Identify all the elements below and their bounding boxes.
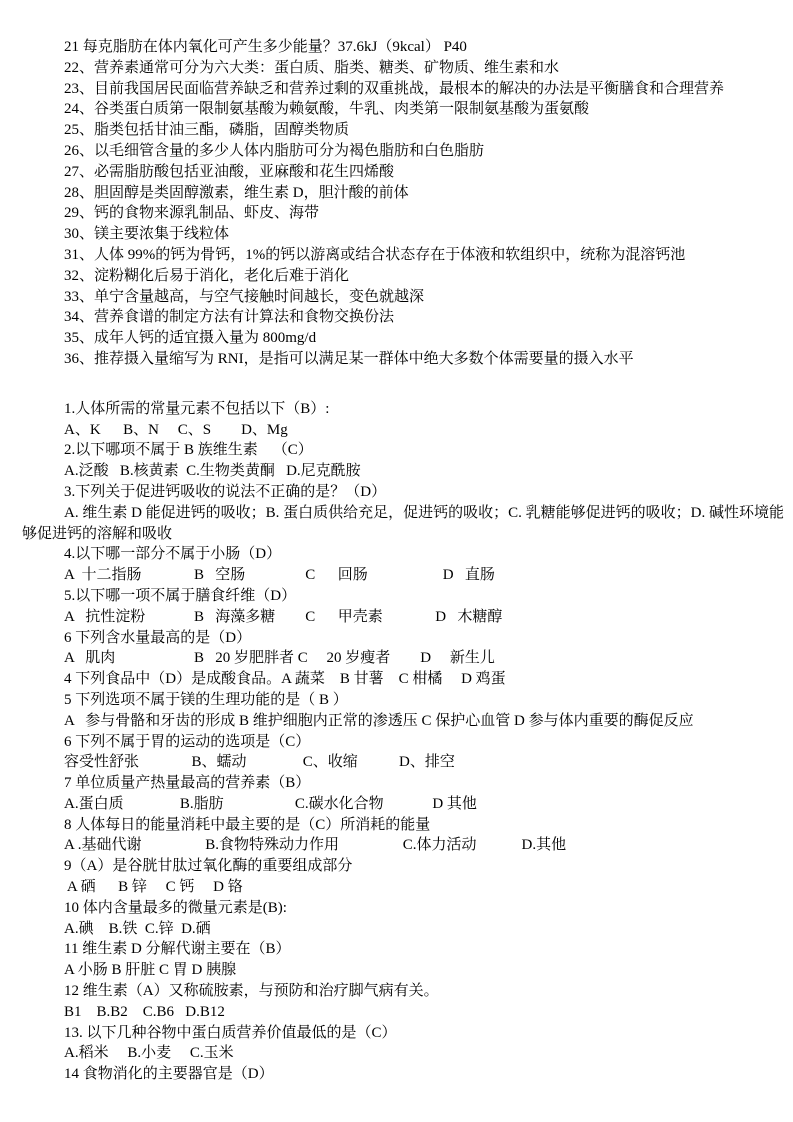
text-line: A.泛酸 B.核黄素 C.生物类黄酮 D.尼克酰胺 bbox=[22, 461, 779, 482]
text-line: 6 下列不属于胃的运动的选项是（C） bbox=[22, 732, 779, 753]
text-line: A 小肠 B 肝脏 C 胃 D 胰腺 bbox=[22, 960, 779, 981]
text-line: 35、成年人钙的适宜摄入量为 800mg/d bbox=[22, 328, 779, 349]
text-line: 25、脂类包括甘油三酯，磷脂，固醇类物质 bbox=[22, 120, 779, 141]
text-line: 10 体内含量最多的微量元素是(B): bbox=[22, 898, 779, 919]
text-line: A 硒 B 锌 C 钙 D 铬 bbox=[22, 877, 779, 898]
text-line: A 肌肉 B 20 岁肥胖者 C 20 岁瘦者 D 新生儿 bbox=[22, 648, 779, 669]
text-line: A 十二指肠 B 空肠 C 回肠 D 直肠 bbox=[22, 565, 779, 586]
text-line: 14 食物消化的主要器官是（D） bbox=[22, 1064, 779, 1085]
text-line: 5 下列选项不属于镁的生理功能的是（ B ） bbox=[22, 690, 779, 711]
text-line: A 参与骨骼和牙齿的形成 B 维护细胞内正常的渗透压 C 保护心血管 D 参与体… bbox=[22, 711, 779, 732]
text-line: A. 维生素 D 能促进钙的吸收；B. 蛋白质供给充足，促进钙的吸收；C. 乳糖… bbox=[22, 503, 779, 545]
text-line: A 抗性淀粉 B 海藻多糖 C 甲壳素 D 木糖醇 bbox=[22, 607, 779, 628]
text-line: A .基础代谢 B.食物特殊动力作用 C.体力活动 D.其他 bbox=[22, 835, 779, 856]
text-line: 26、以毛细管含量的多少人体内脂肪可分为褐色脂肪和白色脂肪 bbox=[22, 141, 779, 162]
text-line: 3.下列关于促进钙吸收的说法不正确的是？（D） bbox=[22, 482, 779, 503]
text-line: 7 单位质量产热量最高的营养素（B） bbox=[22, 773, 779, 794]
text-line: 4 下列食品中（D）是成酸食品。A 蔬菜 B 甘薯 C 柑橘 D 鸡蛋 bbox=[22, 669, 779, 690]
questions-section: 1.人体所需的常量元素不包括以下（B）:A、K B、N C、S D、Mg2.以下… bbox=[22, 399, 779, 1085]
text-line: 30、镁主要浓集于线粒体 bbox=[22, 224, 779, 245]
text-line: 33、单宁含量越高，与空气接触时间越长，变色就越深 bbox=[22, 287, 779, 308]
text-line: 22、营养素通常可分为六大类：蛋白质、脂类、糖类、矿物质、维生素和水 bbox=[22, 58, 779, 79]
text-line: 27、必需脂肪酸包括亚油酸，亚麻酸和花生四烯酸 bbox=[22, 162, 779, 183]
text-line: B1 B.B2 C.B6 D.B12 bbox=[22, 1002, 779, 1023]
text-line: 32、淀粉糊化后易于消化，老化后难于消化 bbox=[22, 266, 779, 287]
text-line: 24、谷类蛋白质第一限制氨基酸为赖氨酸，牛乳、肉类第一限制氨基酸为蛋氨酸 bbox=[22, 99, 779, 120]
text-line: A.碘 B.铁 C.锌 D.硒 bbox=[22, 919, 779, 940]
text-line: 34、营养食谱的制定方法有计算法和食物交换份法 bbox=[22, 307, 779, 328]
text-line: 21 每克脂肪在体内氧化可产生多少能量？37.6kJ（9kcal） P40 bbox=[22, 37, 779, 58]
text-line: 5.以下哪一项不属于膳食纤维（D） bbox=[22, 586, 779, 607]
text-line: 29、钙的食物来源乳制品、虾皮、海带 bbox=[22, 203, 779, 224]
text-line: 6 下列含水量最高的是（D） bbox=[22, 628, 779, 649]
text-line: 2.以下哪项不属于 B 族维生素 （C） bbox=[22, 440, 779, 461]
text-line: 12 维生素（A）又称硫胺素，与预防和治疗脚气病有关。 bbox=[22, 981, 779, 1002]
text-line: 31、人体 99%的钙为骨钙，1%的钙以游离或结合状态存在于体液和软组织中，统称… bbox=[22, 245, 779, 266]
text-line: 4.以下哪一部分不属于小肠（D） bbox=[22, 544, 779, 565]
text-line: 1.人体所需的常量元素不包括以下（B）: bbox=[22, 399, 779, 420]
text-line: A.蛋白质 B.脂肪 C.碳水化合物 D 其他 bbox=[22, 794, 779, 815]
text-line: 容受性舒张 B、蠕动 C、收缩 D、排空 bbox=[22, 752, 779, 773]
text-line: 13. 以下几种谷物中蛋白质营养价值最低的是（C） bbox=[22, 1023, 779, 1044]
text-line: 8 人体每日的能量消耗中最主要的是（C）所消耗的能量 bbox=[22, 815, 779, 836]
notes-section: 21 每克脂肪在体内氧化可产生多少能量？37.6kJ（9kcal） P4022、… bbox=[22, 37, 779, 370]
text-line: 36、推荐摄入量缩写为 RNI，是指可以满足某一群体中绝大多数个体需要量的摄入水… bbox=[22, 349, 779, 370]
section-gap bbox=[22, 370, 779, 399]
text-line: 23、目前我国居民面临营养缺乏和营养过剩的双重挑战，最根本的解决的办法是平衡膳食… bbox=[22, 79, 779, 100]
text-line: 11 维生素 D 分解代谢主要在（B） bbox=[22, 939, 779, 960]
text-line: 28、胆固醇是类固醇激素，维生素 D，胆汁酸的前体 bbox=[22, 183, 779, 204]
text-line: A.稻米 B.小麦 C.玉米 bbox=[22, 1043, 779, 1064]
text-line: A、K B、N C、S D、Mg bbox=[22, 420, 779, 441]
document-page: 21 每克脂肪在体内氧化可产生多少能量？37.6kJ（9kcal） P4022、… bbox=[0, 0, 793, 1122]
text-line: 9（A）是谷胱甘肽过氧化酶的重要组成部分 bbox=[22, 856, 779, 877]
